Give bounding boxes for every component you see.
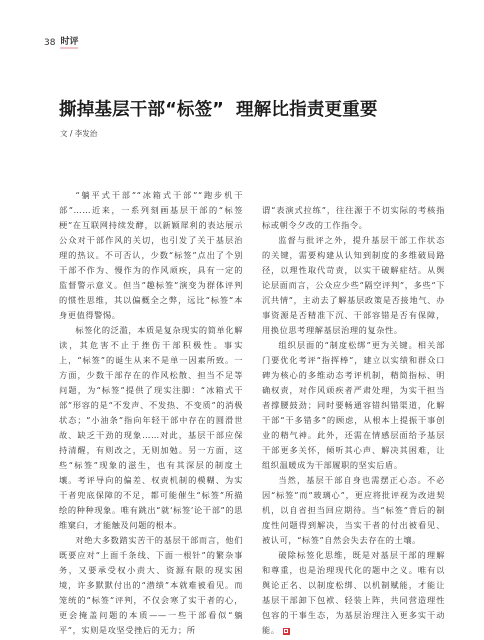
paragraph: 当然，基层干部自身也需摆正心态。不必因“标签”而“玻璃心”，更应将批评视为改进契…	[262, 473, 445, 548]
paragraph-text: 破除标签化思维，既是对基层干部的理解和尊重，也是治理现代化的题中之义。唯有以舆论…	[262, 550, 445, 635]
paragraph: 标签化的泛滥，本质是复杂现实的简单化解读，其危害不止于挫伤干部积极性。事实上，“…	[59, 323, 243, 533]
byline: 文 / 李发治	[60, 128, 97, 139]
paragraph: 对绝大多数踏实苦干的基层干部而言，他们既要应对“上面千条线、下面一根针”的繁杂事…	[59, 533, 243, 638]
paragraph-continued: 谓“表演式拉练”，往往源于不切实际的考核指标或朝令夕改的工作指令。	[262, 203, 445, 233]
page-header: 38 时评	[44, 37, 78, 49]
article-title: 撕掉基层干部“标签”理解比指责更重要	[59, 96, 378, 121]
page-number: 38	[44, 38, 55, 48]
paragraph: “躺平式干部”“冰箱式干部”“跑步机干部”……近来，一系列刻画基层干部的“标签梗…	[59, 188, 243, 323]
article-title-part1: 撕掉基层干部“标签”	[59, 100, 224, 120]
right-column: 谓“表演式拉练”，往往源于不切实际的考核指标或朝令夕改的工作指令。 监督与批评之…	[262, 203, 445, 638]
left-column: “躺平式干部”“冰箱式干部”“跑步机干部”……近来，一系列刻画基层干部的“标签梗…	[59, 188, 243, 638]
section-label: 时评	[60, 37, 78, 49]
paragraph-last: 破除标签化思维，既是对基层干部的理解和尊重，也是治理现代化的题中之义。唯有以舆论…	[262, 548, 445, 638]
article-title-part2: 理解比指责更重要	[236, 100, 378, 120]
paragraph: 监督与批评之外，提升基层干部工作状态的关键，需要构建从认知到制度的多维破局路径，…	[262, 233, 445, 338]
paragraph: 组织层面的“制度松绑”更为关键。相关部门要优化考评“指挥棒”，建立以实绩和群众口…	[262, 338, 445, 473]
end-mark-icon	[283, 628, 290, 635]
